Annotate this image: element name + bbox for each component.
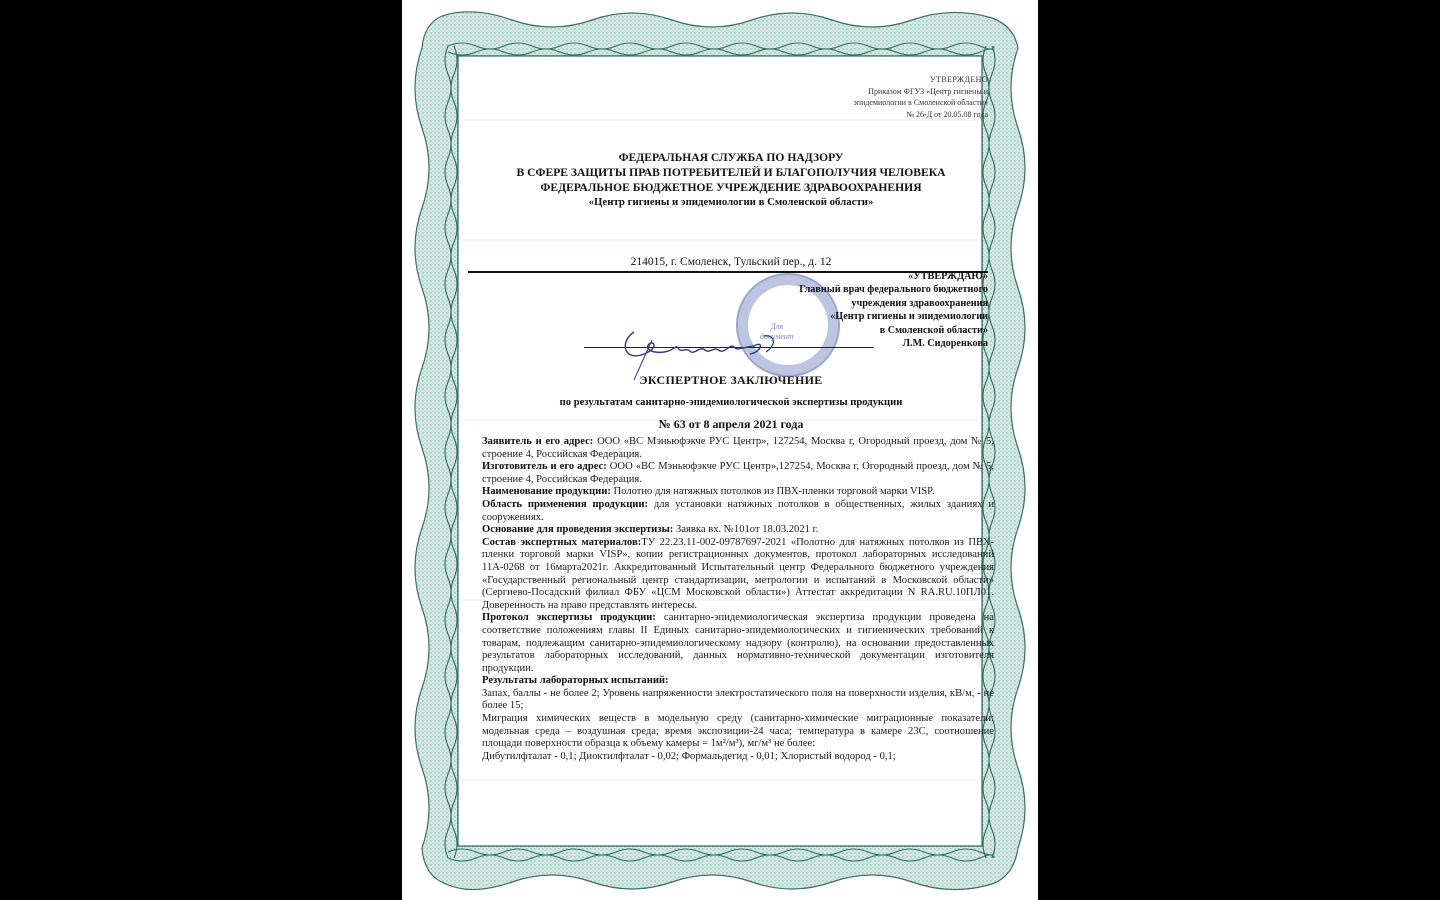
document-title-block: ЭКСПЕРТНОЕ ЗАКЛЮЧЕНИЕ по результатам сан… [474,372,988,432]
approve-line: учреждения здравоохранения [799,297,988,310]
results-line: Дибутилфталат - 0,1; Диоктилфталат - 0,0… [482,751,994,764]
org-line: ФЕДЕРАЛЬНОЕ БЮДЖЕТНОЕ УЧРЕЖДЕНИЕ ЗДРАВОО… [474,180,988,195]
organization-header: ФЕДЕРАЛЬНАЯ СЛУЖБА ПО НАДЗОРУ В СФЕРЕ ЗА… [474,150,988,210]
section-product-name: Наименование продукции: Полотно для натя… [482,486,994,499]
org-line: В СФЕРЕ ЗАЩИТЫ ПРАВ ПОТРЕБИТЕЛЕЙ И БЛАГО… [474,165,988,180]
signer-name: Л.М. Сидоренкова [799,337,988,350]
certificate-page: УТВЕРЖДЕНО Приказом ФГУЗ «Центр гигиены … [402,0,1038,900]
results-line: Запах, баллы - не более 2; Уровень напря… [482,688,994,713]
document-title: ЭКСПЕРТНОЕ ЗАКЛЮЧЕНИЕ [474,372,988,388]
document-subtitle: по результатам санитарно-эпидемиологичес… [474,396,988,410]
section-results: Результаты лабораторных испытаний: [482,675,994,688]
approve-line: Главный врач федерального бюджетного [799,283,988,296]
approve-title: «УТВЕРЖДАЮ» [799,270,988,283]
org-line: ФЕДЕРАЛЬНАЯ СЛУЖБА ПО НАДЗОРУ [474,150,988,165]
approved-line: эпидемиологии в Смоленской области» [853,97,988,109]
section-basis: Основание для проведения экспертизы: Зая… [482,524,994,537]
approved-line: Приказом ФГУЗ «Центр гигиены и [853,86,988,98]
section-label: Область применения продукции: [482,499,648,510]
organization-address: 214015, г. Смоленск, Тульский пер., д. 1… [474,256,988,269]
approved-line: № 26-Д от 20.05.08 года [853,109,988,121]
section-label: Протокол экспертизы продукции: [482,612,656,623]
section-applicant: Заявитель и его адрес: ООО «ВС Мэньюфэкч… [482,436,994,461]
section-label: Изготовитель и его адрес: [482,461,607,472]
section-label: Основание для проведения экспертизы: [482,524,673,535]
document-content: УТВЕРЖДЕНО Приказом ФГУЗ «Центр гигиены … [474,74,988,814]
approve-line: «Центр гигиены и эпидемиологии [799,310,988,323]
results-line: Миграция химических веществ в модельную … [482,713,994,751]
document-number: № 63 от 8 апреля 2021 года [474,416,988,432]
section-label: Результаты лабораторных испытаний: [482,675,669,686]
section-text: Полотно для натяжных потолков из ПВХ-пле… [611,486,935,497]
section-materials: Состав экспертных материалов:ТУ 22.23.11… [482,537,994,613]
section-text: Заявка вх. №101от 18.03.2021 г. [673,524,818,535]
section-protocol: Протокол экспертизы продукции: санитарно… [482,612,994,675]
section-label: Наименование продукции: [482,486,611,497]
approve-line: в Смоленской области» [799,324,988,337]
section-label: Состав экспертных материалов: [482,537,641,548]
document-body: Заявитель и его адрес: ООО «ВС Мэньюфэкч… [482,436,994,763]
approval-reference: УТВЕРЖДЕНО Приказом ФГУЗ «Центр гигиены … [853,74,988,120]
document-viewer: УТВЕРЖДЕНО Приказом ФГУЗ «Центр гигиены … [0,0,1440,900]
section-manufacturer: Изготовитель и его адрес: ООО «ВС Мэньюф… [482,461,994,486]
section-application-area: Область применения продукции: для устано… [482,499,994,524]
approved-title: УТВЕРЖДЕНО [853,74,988,86]
section-label: Заявитель и его адрес: [482,436,593,447]
org-name: «Центр гигиены и эпидемиологии в Смоленс… [474,195,988,210]
approval-block: «УТВЕРЖДАЮ» Главный врач федерального бю… [799,270,988,350]
